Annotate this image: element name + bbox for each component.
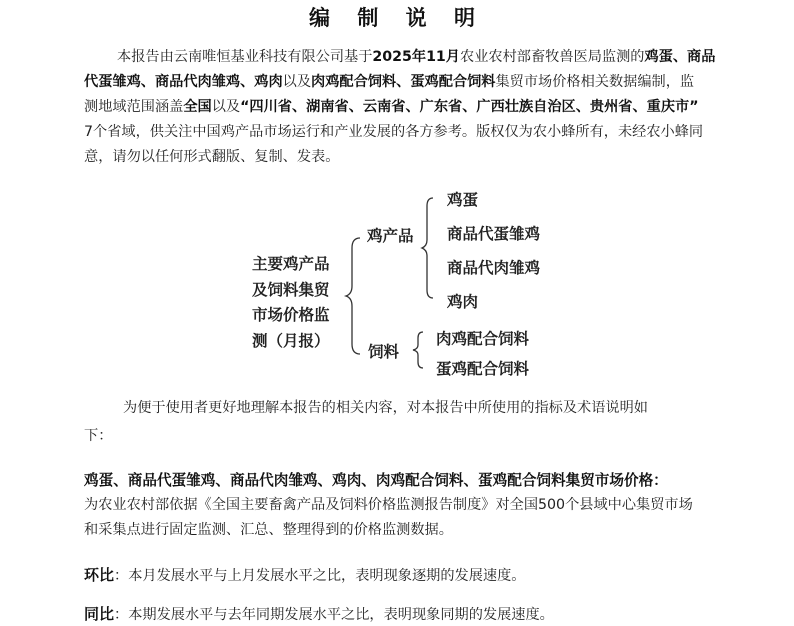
diagram-item: 肉鸡配合饲料 xyxy=(436,329,529,349)
term-market-price-desc-1: 为农业农村部依据《全国主要畜禽产品及饲料价格监测报告制度》对全国500个县域中心… xyxy=(84,495,693,515)
term-mom-label: 环比 xyxy=(84,566,114,584)
diagram-branch-label: 饲料 xyxy=(368,342,399,362)
intro-text: 测地域范围涵盖 xyxy=(84,99,183,115)
intro-text: 集贸市场价格相关数据编制，监 xyxy=(495,74,694,90)
term-market-price-desc-2: 和采集点进行固定监测、汇总、整理得到的价格监测数据。 xyxy=(84,520,453,540)
diagram-branch-label: 鸡产品 xyxy=(367,226,414,246)
intro-text: 以及 xyxy=(283,74,311,90)
term-separator: ： xyxy=(114,607,128,623)
term-mom-desc: 本月发展水平与上月发展水平之比，表明现象逐期的发展速度。 xyxy=(128,568,525,584)
intro-text: 以及 xyxy=(212,99,240,115)
term-yoy-label: 同比 xyxy=(84,605,114,623)
brace-icon xyxy=(421,196,435,302)
intro-text: 本报告由云南唯恒基业科技有限公司基于 xyxy=(117,49,372,65)
term-market-price-heading: 鸡蛋、商品代蛋雏鸡、商品代肉雏鸡、鸡肉、肉鸡配合饲料、蛋鸡配合饲料集贸市场价格： xyxy=(84,471,668,491)
term-yoy: 同比：本期发展水平与去年同期发展水平之比，表明现象同期的发展速度。 xyxy=(84,604,554,625)
intro-feeds: 肉鸡配合饲料、蛋鸡配合饲料 xyxy=(311,74,495,90)
intro-line-1: 本报告由云南唯恒基业科技有限公司基于2025年11月农业农村部畜牧兽医局监测的鸡… xyxy=(117,47,715,67)
intro-date: 2025年11月 xyxy=(372,49,460,65)
page-title: 编 制 说 明 xyxy=(0,2,794,32)
diagram-item: 商品代蛋雏鸡 xyxy=(447,224,540,244)
intro-products: 代蛋雏鸡、商品代肉雏鸡、鸡肉 xyxy=(84,74,283,90)
intro-national: 全国 xyxy=(183,99,211,115)
diagram-item: 商品代肉雏鸡 xyxy=(447,258,540,278)
intro-line-3: 测地域范围涵盖全国以及“四川省、湖南省、云南省、广东省、广西壮族自治区、贵州省、… xyxy=(84,97,699,117)
brace-icon xyxy=(411,330,425,370)
brace-icon xyxy=(344,236,364,356)
term-separator: ： xyxy=(114,568,128,584)
intro-line-5: 意，请勿以任何形式翻版、复制、发表。 xyxy=(84,147,339,167)
diagram-root-label: 主要鸡产品及饲料集贸市场价格监测（月报） xyxy=(252,252,344,354)
diagram-item: 鸡肉 xyxy=(447,292,478,312)
explain-intro-line-2: 下： xyxy=(84,426,112,446)
intro-text: 农业农村部畜牧兽医局监测的 xyxy=(460,49,644,65)
diagram-item: 蛋鸡配合饲料 xyxy=(436,359,529,379)
intro-products: 鸡蛋、商品 xyxy=(644,49,715,65)
intro-line-2: 代蛋雏鸡、商品代肉雏鸡、鸡肉以及肉鸡配合饲料、蛋鸡配合饲料集贸市场价格相关数据编… xyxy=(84,72,694,92)
diagram-item: 鸡蛋 xyxy=(447,190,478,210)
intro-line-4: 7个省域，供关注中国鸡产品市场运行和产业发展的各方参考。版权仅为农小蜂所有，未经… xyxy=(84,122,703,142)
intro-provinces: “四川省、湖南省、云南省、广东省、广西壮族自治区、贵州省、重庆市” xyxy=(240,99,698,115)
term-yoy-desc: 本期发展水平与去年同期发展水平之比，表明现象同期的发展速度。 xyxy=(128,607,554,623)
term-mom: 环比：本月发展水平与上月发展水平之比，表明现象逐期的发展速度。 xyxy=(84,565,525,586)
explain-intro-line-1: 为便于使用者更好地理解本报告的相关内容，对本报告中所使用的指标及术语说明如 xyxy=(123,398,648,418)
